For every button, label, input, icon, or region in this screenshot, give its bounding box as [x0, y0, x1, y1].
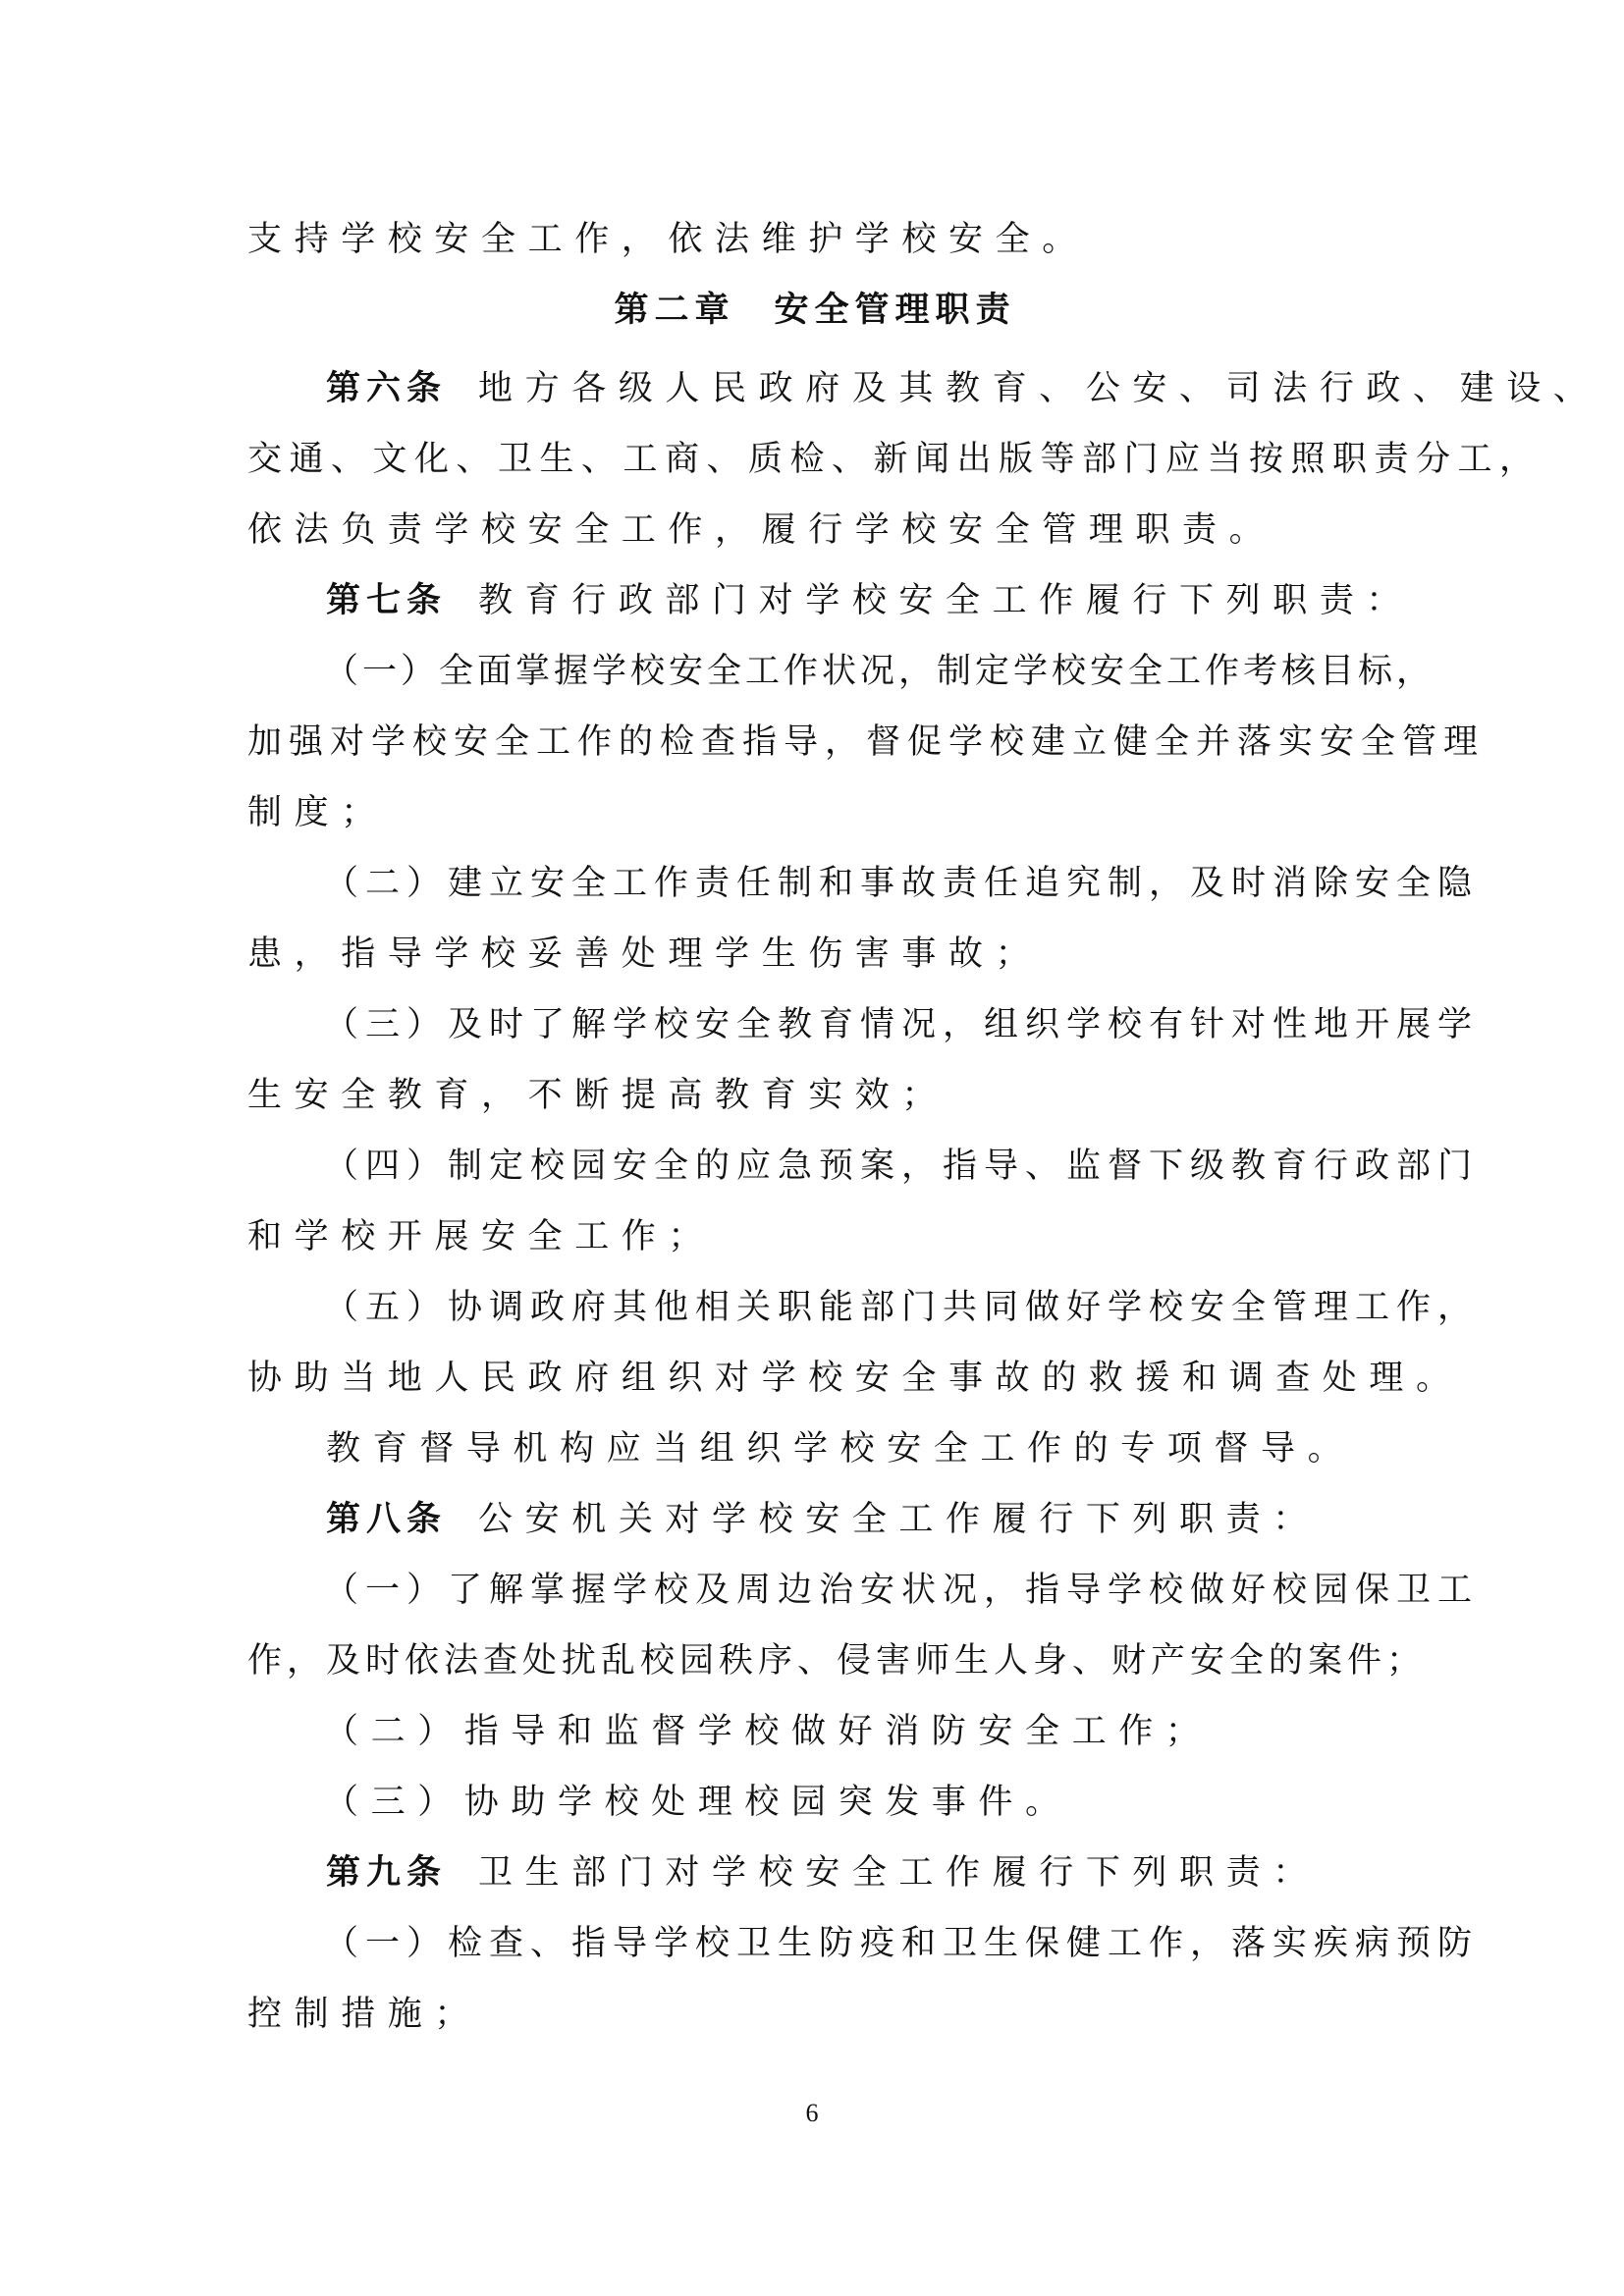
- article-label: 第六条: [326, 369, 447, 408]
- article-label: 第七条: [326, 581, 447, 620]
- list-item-line: （三）及时了解学校安全教育情况，组织学校有针对性地开展学: [247, 989, 1382, 1060]
- article-label: 第九条: [326, 1853, 447, 1893]
- list-item-line: （五）协调政府其他相关职能部门共同做好学校安全管理工作，: [247, 1272, 1382, 1343]
- article-9-line-1: 第九条卫生部门对学校安全工作履行下列职责：: [247, 1838, 1382, 1908]
- list-item-line: （四）制定校园安全的应急预案，指导、监督下级教育行政部门: [247, 1131, 1382, 1201]
- chapter-number: 第二章: [614, 291, 734, 330]
- paragraph-line: 生安全教育，不断提高教育实效；: [247, 1060, 1382, 1131]
- list-item-line: （一）了解掌握学校及周边治安状况，指导学校做好校园保卫工: [247, 1555, 1382, 1626]
- paragraph-line: 依法负责学校安全工作，履行学校安全管理职责。: [247, 495, 1382, 565]
- paragraph-line: 支持学校安全工作，依法维护学校安全。: [247, 204, 1382, 275]
- article-8-line-1: 第八条公安机关对学校安全工作履行下列职责：: [247, 1484, 1382, 1555]
- document-page: 支持学校安全工作，依法维护学校安全。 第二章安全管理职责 第六条地方各级人民政府…: [247, 204, 1382, 2050]
- page-number: 6: [0, 2099, 1624, 2128]
- paragraph-line: 交通、文化、卫生、工商、质检、新闻出版等部门应当按照职责分工，: [247, 424, 1382, 495]
- list-item-line: （三）协助学校处理校园突发事件。: [247, 1767, 1382, 1838]
- list-item-line: （一）检查、指导学校卫生防疫和卫生保健工作，落实疾病预防: [247, 1908, 1382, 1979]
- list-item-line: （二）建立安全工作责任制和事故责任追究制，及时消除安全隐: [247, 848, 1382, 919]
- paragraph-line: 作，及时依法查处扰乱校园秩序、侵害师生人身、财产安全的案件；: [247, 1626, 1382, 1696]
- paragraph-line: 和学校开展安全工作；: [247, 1201, 1382, 1272]
- chapter-heading: 第二章安全管理职责: [247, 275, 1382, 353]
- paragraph-line: 协助当地人民政府组织对学校安全事故的救援和调查处理。: [247, 1343, 1382, 1414]
- article-text: 地方各级人民政府及其教育、公安、司法行政、建设、: [478, 369, 1599, 408]
- article-text: 公安机关对学校安全工作履行下列职责：: [478, 1500, 1320, 1539]
- article-label: 第八条: [326, 1500, 447, 1539]
- paragraph-line: 加强对学校安全工作的检查指导，督促学校建立健全并落实安全管理: [247, 707, 1382, 777]
- article-6-line-1: 第六条地方各级人民政府及其教育、公安、司法行政、建设、: [247, 353, 1382, 424]
- paragraph-line: 患，指导学校妥善处理学生伤害事故；: [247, 919, 1382, 989]
- list-item-line: （二）指导和监督学校做好消防安全工作；: [247, 1696, 1382, 1767]
- paragraph-line: 教育督导机构应当组织学校安全工作的专项督导。: [247, 1414, 1382, 1484]
- article-text: 教育行政部门对学校安全工作履行下列职责：: [478, 581, 1413, 620]
- article-text: 卫生部门对学校安全工作履行下列职责：: [478, 1853, 1320, 1893]
- paragraph-line: 制度；: [247, 777, 1382, 848]
- chapter-name: 安全管理职责: [775, 291, 1016, 330]
- list-item-line: （一）全面掌握学校安全工作状况，制定学校安全工作考核目标，: [247, 636, 1382, 707]
- article-7-line-1: 第七条教育行政部门对学校安全工作履行下列职责：: [247, 565, 1382, 636]
- paragraph-line: 控制措施；: [247, 1979, 1382, 2050]
